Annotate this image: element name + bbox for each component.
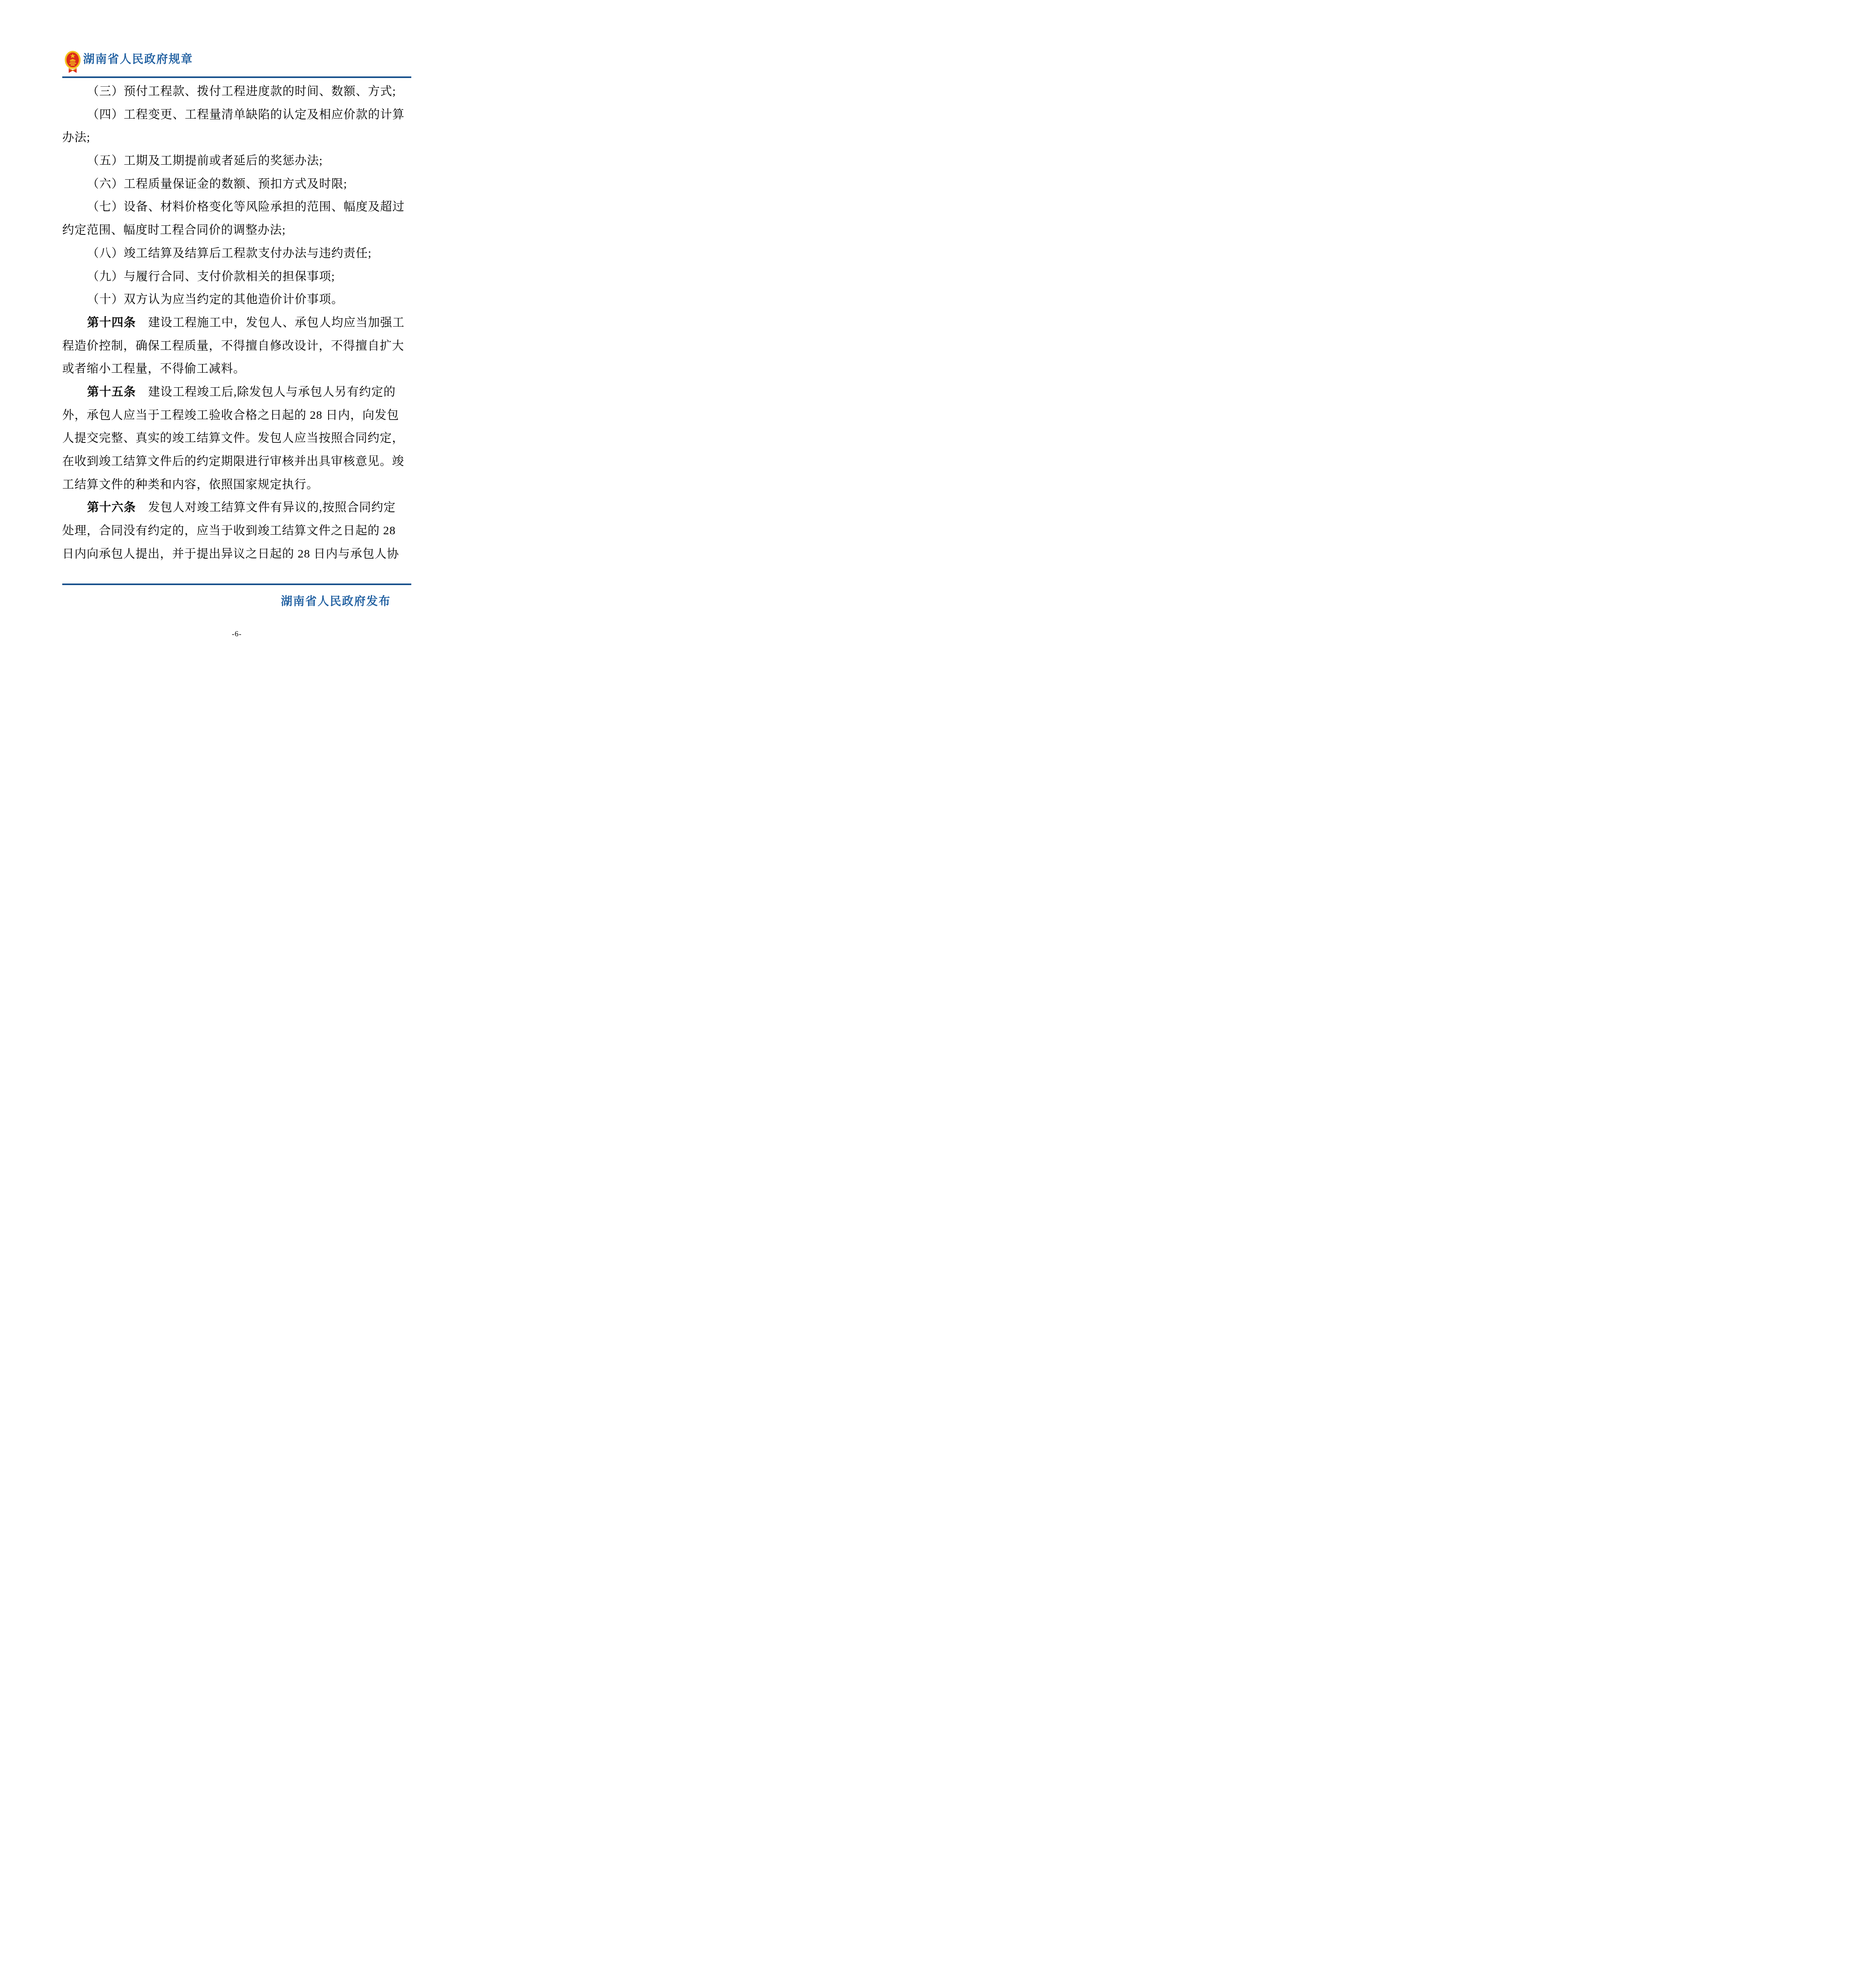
article-number: 第十四条	[87, 316, 136, 329]
text-line: 人提交完整、真实的竣工结算文件。发包人应当按照合同约定，	[62, 427, 411, 450]
text-line: 或者缩小工程量，不得偷工减料。	[62, 357, 411, 381]
text-line: （七）设备、材料价格变化等风险承担的范围、幅度及超过	[62, 195, 411, 219]
document-page: 湖南省人民政府规章 （三）预付工程款、拨付工程进度款的时间、数额、方式;（四）工…	[0, 0, 469, 663]
text-line: 第十六条 发包人对竣工结算文件有异议的,按照合同约定	[62, 496, 411, 519]
text-line: （四）工程变更、工程量清单缺陷的认定及相应价款的计算	[62, 103, 411, 126]
header-rule	[62, 76, 411, 78]
text-line: 办法;	[62, 126, 411, 149]
text-line: 程造价控制，确保工程质量，不得擅自修改设计，不得擅自扩大	[62, 335, 411, 358]
text-line: 在收到竣工结算文件后的约定期限进行审核并出具审核意见。竣	[62, 450, 411, 473]
text-line: 工结算文件的种类和内容，依照国家规定执行。	[62, 473, 411, 496]
text-line: （三）预付工程款、拨付工程进度款的时间、数额、方式;	[62, 80, 411, 103]
document-body: （三）预付工程款、拨付工程进度款的时间、数额、方式;（四）工程变更、工程量清单缺…	[62, 80, 411, 565]
text-line: 第十四条 建设工程施工中，发包人、承包人均应当加强工	[62, 311, 411, 335]
header-title: 湖南省人民政府规章	[83, 53, 193, 66]
text-line: 第十五条 建设工程竣工后,除发包人与承包人另有约定的	[62, 381, 411, 404]
text-line: （六）工程质量保证金的数额、预扣方式及时限;	[62, 173, 411, 196]
text-line: 处理，合同没有约定的，应当于收到竣工结算文件之日起的 28	[62, 519, 411, 543]
text-line: （五）工期及工期提前或者延后的奖惩办法;	[62, 149, 411, 173]
footer-rule	[62, 584, 411, 585]
text-line: 日内向承包人提出，并于提出异议之日起的 28 日内与承包人协	[62, 543, 411, 566]
text-line: （十）双方认为应当约定的其他造价计价事项。	[62, 288, 411, 311]
text-line: （八）竣工结算及结算后工程款支付办法与违约责任;	[62, 242, 411, 265]
text-line: 外，承包人应当于工程竣工验收合格之日起的 28 日内，向发包	[62, 404, 411, 427]
publisher-label: 湖南省人民政府发布	[62, 593, 391, 609]
article-number: 第十五条	[87, 385, 136, 398]
text-line: （九）与履行合同、支付价款相关的担保事项;	[62, 265, 411, 288]
text-line: 约定范围、幅度时工程合同价的调整办法;	[62, 219, 411, 242]
page-number: -6-	[62, 630, 411, 639]
national-emblem-icon	[64, 50, 81, 73]
article-number: 第十六条	[87, 501, 136, 514]
